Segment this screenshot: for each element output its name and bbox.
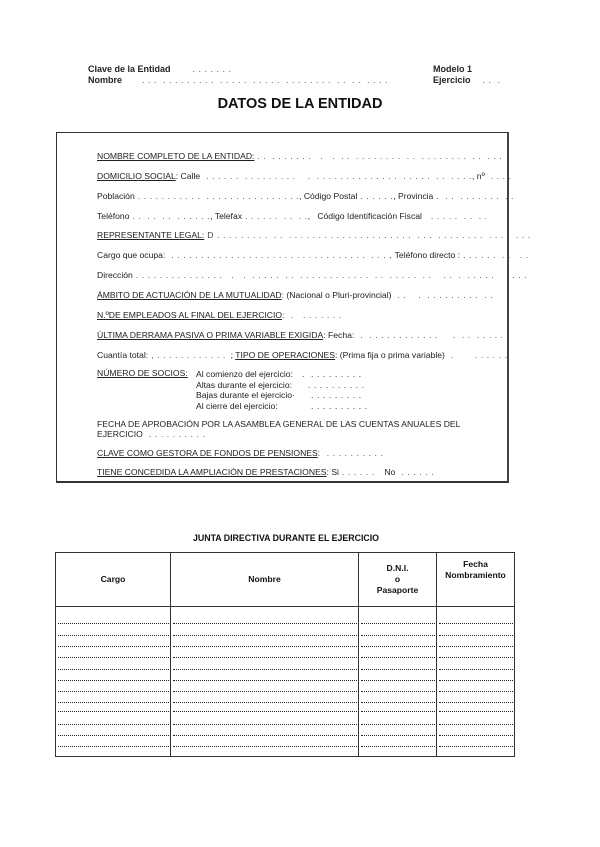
cif-value[interactable]: . . . . . . . . . [422, 211, 488, 221]
socios-bajas-label: Bajas durante el ejercicio· [196, 390, 295, 400]
nombre-completo-label: NOMBRE COMPLETO DE LA ENTIDAD: [97, 151, 254, 161]
blank-entry-line[interactable] [173, 646, 357, 647]
representante-label: REPRESENTANTE LEGAL: [97, 230, 204, 240]
cuantia-label: Cuantía total: [97, 350, 148, 360]
blank-entry-line[interactable] [58, 669, 169, 670]
junta-table: Cargo Nombre D.N.I.oPasaporte FechaNombr… [55, 552, 515, 757]
blank-entry-line[interactable] [173, 702, 357, 703]
separator: ; [226, 350, 235, 360]
dni-column[interactable] [359, 607, 437, 757]
direccion-label: Dirección [97, 270, 133, 280]
blank-entry-line[interactable] [361, 724, 435, 725]
blank-entry-line[interactable] [361, 702, 435, 703]
poblacion-value[interactable]: . . . . . . . . . . . . . . . . . . . . … [135, 191, 299, 201]
ejercicio-field: Ejercicio. . . [433, 75, 501, 86]
clave-gestora-value[interactable]: : . . . . . . . . . . [318, 448, 384, 458]
representante-value[interactable]: D . . . . . . . . . . . . . . . . . . . … [204, 230, 530, 240]
blank-entry-line[interactable] [173, 735, 357, 736]
ambito-label: ÁMBITO DE ACTUACIÓN DE LA MUTUALIDAD [97, 290, 282, 300]
fecha-column[interactable] [437, 607, 515, 757]
blank-entry-line[interactable] [173, 724, 357, 725]
numero-value[interactable]: . . . . [485, 171, 512, 181]
socios-bajas-value[interactable]: . . . . . . . . . [302, 390, 362, 400]
telefono-value[interactable]: . . . . . . . . . . . . [130, 211, 211, 221]
blank-entry-line[interactable] [58, 623, 169, 624]
ampliacion-no-value[interactable]: . . . . . . [395, 467, 434, 477]
poblacion-row: Población . . . . . . . . . . . . . . . … [97, 191, 514, 202]
blank-entry-line[interactable] [361, 680, 435, 681]
codigo-postal-value[interactable]: . . . . . . [357, 191, 393, 201]
ampliacion-row: TIENE CONCEDIDA LA AMPLIACIÓN DE PRESTAC… [97, 467, 434, 478]
blank-entry-line[interactable] [173, 711, 357, 712]
telefax-value[interactable]: . . . . . . . . . . [242, 211, 308, 221]
ejercicio-label: Ejercicio [433, 75, 471, 85]
page-title: DATOS DE LA ENTIDAD [0, 96, 600, 112]
blank-entry-line[interactable] [439, 735, 513, 736]
blank-entry-line[interactable] [173, 657, 357, 658]
tipo-operaciones-label: TIPO DE OPERACIONES [235, 350, 335, 360]
domicilio-row: DOMICILIO SOCIAL: Calle . . . . . . . . … [97, 171, 512, 182]
cif-label: , Código Identificación Fiscal [308, 211, 422, 221]
blank-entry-line[interactable] [58, 657, 169, 658]
socios-label: NÚMERO DE SOCIOS: [97, 368, 188, 379]
clave-entidad-value[interactable]: . . . . . . . [193, 64, 232, 74]
blank-entry-line[interactable] [439, 646, 513, 647]
cargo-value[interactable]: . . . . . . . . . . . . . . . . . . . . … [165, 250, 392, 260]
blank-entry-line[interactable] [58, 735, 169, 736]
column-header-nombre: Nombre [171, 553, 359, 607]
poblacion-label: Población [97, 191, 135, 201]
provincia-value[interactable]: . . . . . . . . . . . . [433, 191, 514, 201]
blank-entry-line[interactable] [58, 635, 169, 636]
blank-entry-line[interactable] [361, 657, 435, 658]
cargo-row: Cargo que ocupa: . . . . . . . . . . . .… [97, 250, 529, 261]
telefono-row: Teléfono . . . . . . . . . . . ., Telefa… [97, 211, 488, 222]
provincia-label: , Provincia [393, 191, 433, 201]
blank-entry-line[interactable] [361, 623, 435, 624]
nombre-label: Nombre [88, 75, 122, 85]
nombre-completo-value[interactable]: . . . . . . . . . . . . . . . . . . . . … [254, 151, 502, 161]
blank-entry-line[interactable] [361, 746, 435, 747]
column-header-cargo: Cargo [56, 553, 171, 607]
blank-entry-line[interactable] [58, 702, 169, 703]
derrama-fecha-value[interactable]: . . . . . . . . . . . . . . . . . . . . … [354, 330, 503, 340]
blank-entry-line[interactable] [439, 691, 513, 692]
nombre-completo-row: NOMBRE COMPLETO DE LA ENTIDAD: . . . . .… [97, 151, 502, 162]
nombre-field: Nombre. . . . . . . . . . . . . . . . . … [88, 75, 388, 86]
telefono-directo-label: Teléfono directo : [392, 250, 460, 260]
cargo-column[interactable] [56, 607, 171, 757]
clave-gestora-row: CLAVE COMO GESTORA DE FONDOS DE PENSIONE… [97, 448, 384, 459]
domicilio-label: DOMICILIO SOCIAL [97, 171, 176, 181]
derrama-label: ÚLTIMA DERRAMA PASIVA O PRIMA VARIABLE E… [97, 330, 323, 340]
blank-entry-line[interactable] [173, 691, 357, 692]
table-header-row: Cargo Nombre D.N.I.oPasaporte FechaNombr… [56, 553, 515, 607]
column-header-dni: D.N.I.oPasaporte [359, 553, 437, 607]
calle-value[interactable]: . . . . . . . . . . . . . . . . . . . . … [200, 171, 472, 181]
socios-comienzo-label: Al comienzo del ejercicio: [196, 369, 293, 379]
nombre-value[interactable]: . . . . . . . . . . . . . . . . . . . . … [142, 75, 388, 85]
cuantia-row: Cuantía total: , . . . . . . . . . . . .… [97, 350, 508, 361]
telefono-directo-value[interactable]: . . . . . . . . . . [460, 250, 529, 260]
derrama-fecha-label: : Fecha: [323, 330, 354, 340]
socios-cierre-value[interactable]: . . . . . . . . . . [302, 401, 368, 411]
nombre-column[interactable] [171, 607, 359, 757]
direccion-row: Dirección . . . . . . . . . . . . . . . … [97, 270, 527, 281]
codigo-postal-label: , Código Postal [299, 191, 357, 201]
blank-entry-line[interactable] [173, 635, 357, 636]
blank-entry-line[interactable] [439, 711, 513, 712]
cargo-label: Cargo que ocupa: [97, 250, 165, 260]
blank-entry-line[interactable] [361, 646, 435, 647]
blank-entry-line[interactable] [58, 724, 169, 725]
ambito-detail: : (Nacional o Pluri-provincial) [282, 290, 392, 300]
blank-entry-line[interactable] [173, 623, 357, 624]
blank-entry-line[interactable] [173, 669, 357, 670]
column-header-fecha: FechaNombramiento [437, 553, 515, 607]
ejercicio-value[interactable]: . . . [483, 75, 501, 85]
blank-entry-line[interactable] [361, 711, 435, 712]
socios-comienzo-value[interactable]: . . . . . . . . . . [302, 369, 362, 379]
telefax-label: , Telefax [210, 211, 242, 221]
blank-entry-line[interactable] [439, 724, 513, 725]
fecha-aprobacion-value[interactable]: . . . . . . . . . . [143, 429, 206, 439]
blank-entry-line[interactable] [439, 702, 513, 703]
representante-row: REPRESENTANTE LEGAL: D . . . . . . . . .… [97, 230, 531, 241]
blank-entry-line[interactable] [361, 735, 435, 736]
direccion-value[interactable]: . . . . . . . . . . . . . . . . . . . . … [133, 270, 527, 280]
clave-gestora-label: CLAVE COMO GESTORA DE FONDOS DE PENSIONE… [97, 448, 318, 458]
blank-entry-line[interactable] [439, 680, 513, 681]
blank-entry-line[interactable] [439, 746, 513, 747]
modelo-label: Modelo 1 [433, 64, 472, 75]
blank-entry-line[interactable] [58, 680, 169, 681]
ampliacion-no-label: No [375, 467, 396, 477]
ambito-value[interactable]: . . . . . . . . . . . . . . [392, 290, 494, 300]
blank-entry-line[interactable] [58, 711, 169, 712]
cuantia-value[interactable]: , . . . . . . . . . . . . [148, 350, 226, 360]
blank-entry-line[interactable] [361, 691, 435, 692]
ampliacion-label: TIENE CONCEDIDA LA AMPLIACIÓN DE PRESTAC… [97, 467, 327, 477]
numero-label: , nº [472, 171, 485, 181]
clave-entidad-label: Clave de la Entidad [88, 64, 171, 74]
blank-entry-line[interactable] [361, 635, 435, 636]
blank-entry-line[interactable] [439, 623, 513, 624]
table-body-row [56, 607, 515, 757]
blank-entry-line[interactable] [173, 746, 357, 747]
socios-altas-value[interactable]: . . . . . . . . . . [302, 380, 365, 390]
empleados-value[interactable]: : . . . . . . . . [282, 310, 342, 320]
fecha-aprobacion-row: EJERCICIO . . . . . . . . . . [97, 429, 206, 440]
tipo-operaciones-value[interactable]: . . . . . . . [445, 350, 508, 360]
blank-entry-line[interactable] [439, 657, 513, 658]
blank-entry-line[interactable] [58, 746, 169, 747]
ambito-row: ÁMBITO DE ACTUACIÓN DE LA MUTUALIDAD: (N… [97, 290, 493, 301]
calle-label: : Calle [176, 171, 200, 181]
blank-entry-line[interactable] [439, 669, 513, 670]
junta-title: JUNTA DIRECTIVA DURANTE EL EJERCICIO [0, 533, 572, 543]
ejercicio-label: EJERCICIO [97, 429, 143, 439]
empleados-label: N.ºDE EMPLEADOS AL FINAL DEL EJERCICIO [97, 310, 282, 320]
socios-altas-label: Altas durante el ejercicio: [196, 380, 292, 390]
blank-entry-line[interactable] [58, 646, 169, 647]
socios-cierre-label: Al cierre del ejercicio: [196, 401, 278, 411]
blank-entry-line[interactable] [439, 635, 513, 636]
clave-entidad-field: Clave de la Entidad. . . . . . . [88, 64, 232, 75]
telefono-label: Teléfono [97, 211, 130, 221]
ampliacion-si-value[interactable]: . . . . . . [339, 467, 375, 477]
blank-entry-line[interactable] [361, 669, 435, 670]
ampliacion-si-label: : Si [327, 467, 339, 477]
blank-entry-line[interactable] [58, 691, 169, 692]
derrama-row: ÚLTIMA DERRAMA PASIVA O PRIMA VARIABLE E… [97, 330, 504, 341]
blank-entry-line[interactable] [173, 680, 357, 681]
tipo-operaciones-detail: : (Prima fija o prima variable) [335, 350, 445, 360]
empleados-row: N.ºDE EMPLEADOS AL FINAL DEL EJERCICIO: … [97, 310, 342, 321]
